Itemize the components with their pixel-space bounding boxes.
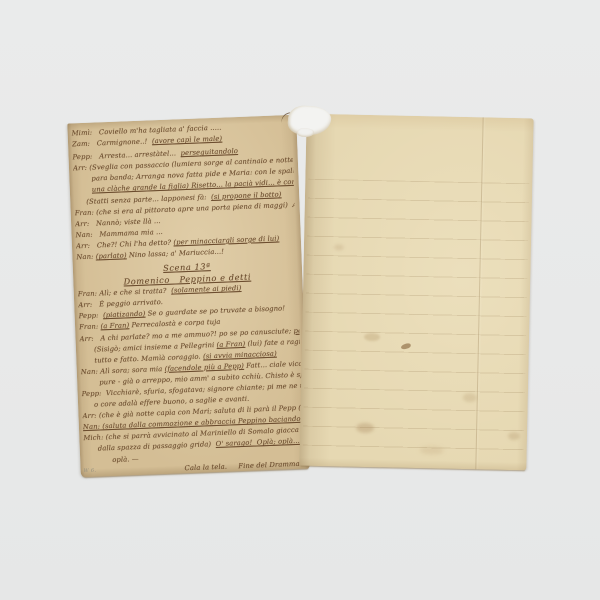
ink-stain: [356, 423, 374, 433]
handwriting-segment: O' sarago! Oplà; oplà...: [216, 437, 300, 448]
handwriting-segment: (si propone il botto): [211, 190, 282, 201]
ink-stain: [364, 333, 380, 341]
handwriting-segment: (facendole più a Pepp): [164, 362, 244, 373]
handwriting-segment: Nino lassa; a' Mariuccia...!: [126, 248, 224, 260]
handwriting-segment: (piatizando): [103, 310, 146, 320]
manuscript-text: Mimì: Coviello m'ha tagliata a' faccia .…: [71, 120, 304, 475]
handwriting-segment: Perrecalostà e corpa tuja: [129, 318, 221, 329]
handwriting-segment: (avore capì le male): [152, 135, 223, 146]
handwriting-segment: (solamente ai piedi): [171, 284, 242, 295]
handwriting-segment: (per minacciargli sorge di lui): [173, 234, 279, 246]
handwriting-segment: (si avvia minacciosa): [203, 349, 277, 360]
handwriting-segment: (a Fran): [100, 322, 129, 331]
left-page: Mimì: Coviello m'ha tagliata a' faccia .…: [67, 115, 309, 478]
handwriting-segment: dalla spazza di passaggio grida): [98, 441, 216, 454]
photo-background: Mimì: Coviello m'ha tagliata a' faccia .…: [0, 0, 600, 600]
right-page: [299, 114, 533, 471]
handwriting-segment: Pepp:: [79, 312, 104, 321]
handwriting-segment: per Mamma: [293, 325, 299, 334]
ink-stain: [420, 446, 444, 455]
handwriting-segment: (a Fran): [216, 339, 245, 348]
ink-stain: [463, 393, 477, 402]
handwriting-segment: Fatt... ciale vicci: [244, 359, 301, 369]
handwriting-segment: (lui) fate a ragione con: [245, 336, 300, 347]
handwriting-segment: Zam: Carmignone..!: [72, 137, 152, 148]
handwriting-segment: Nan: Alì sora; sora mia: [81, 365, 165, 376]
handwriting-segment: Fran:: [79, 323, 101, 332]
torn-notch: [297, 128, 314, 137]
handwriting-segment: Cala la tela. Fine del Dramma: [184, 459, 299, 471]
ruled-lines: [302, 179, 529, 467]
handwriting-segment: Nan:: [76, 253, 96, 262]
handwriting-segment: Scena 13ª: [163, 261, 211, 273]
ink-stain: [334, 244, 344, 250]
ink-stain: [508, 432, 520, 440]
handwriting-segment: perseguitandolo: [180, 147, 238, 157]
pencil-note: W 6.: [84, 468, 97, 474]
handwriting-segment: Arr: Nannò; viste llà ...: [75, 217, 161, 228]
handwriting-segment: (parlato): [96, 251, 127, 260]
handwriting-segment: oplà. —: [112, 455, 139, 464]
